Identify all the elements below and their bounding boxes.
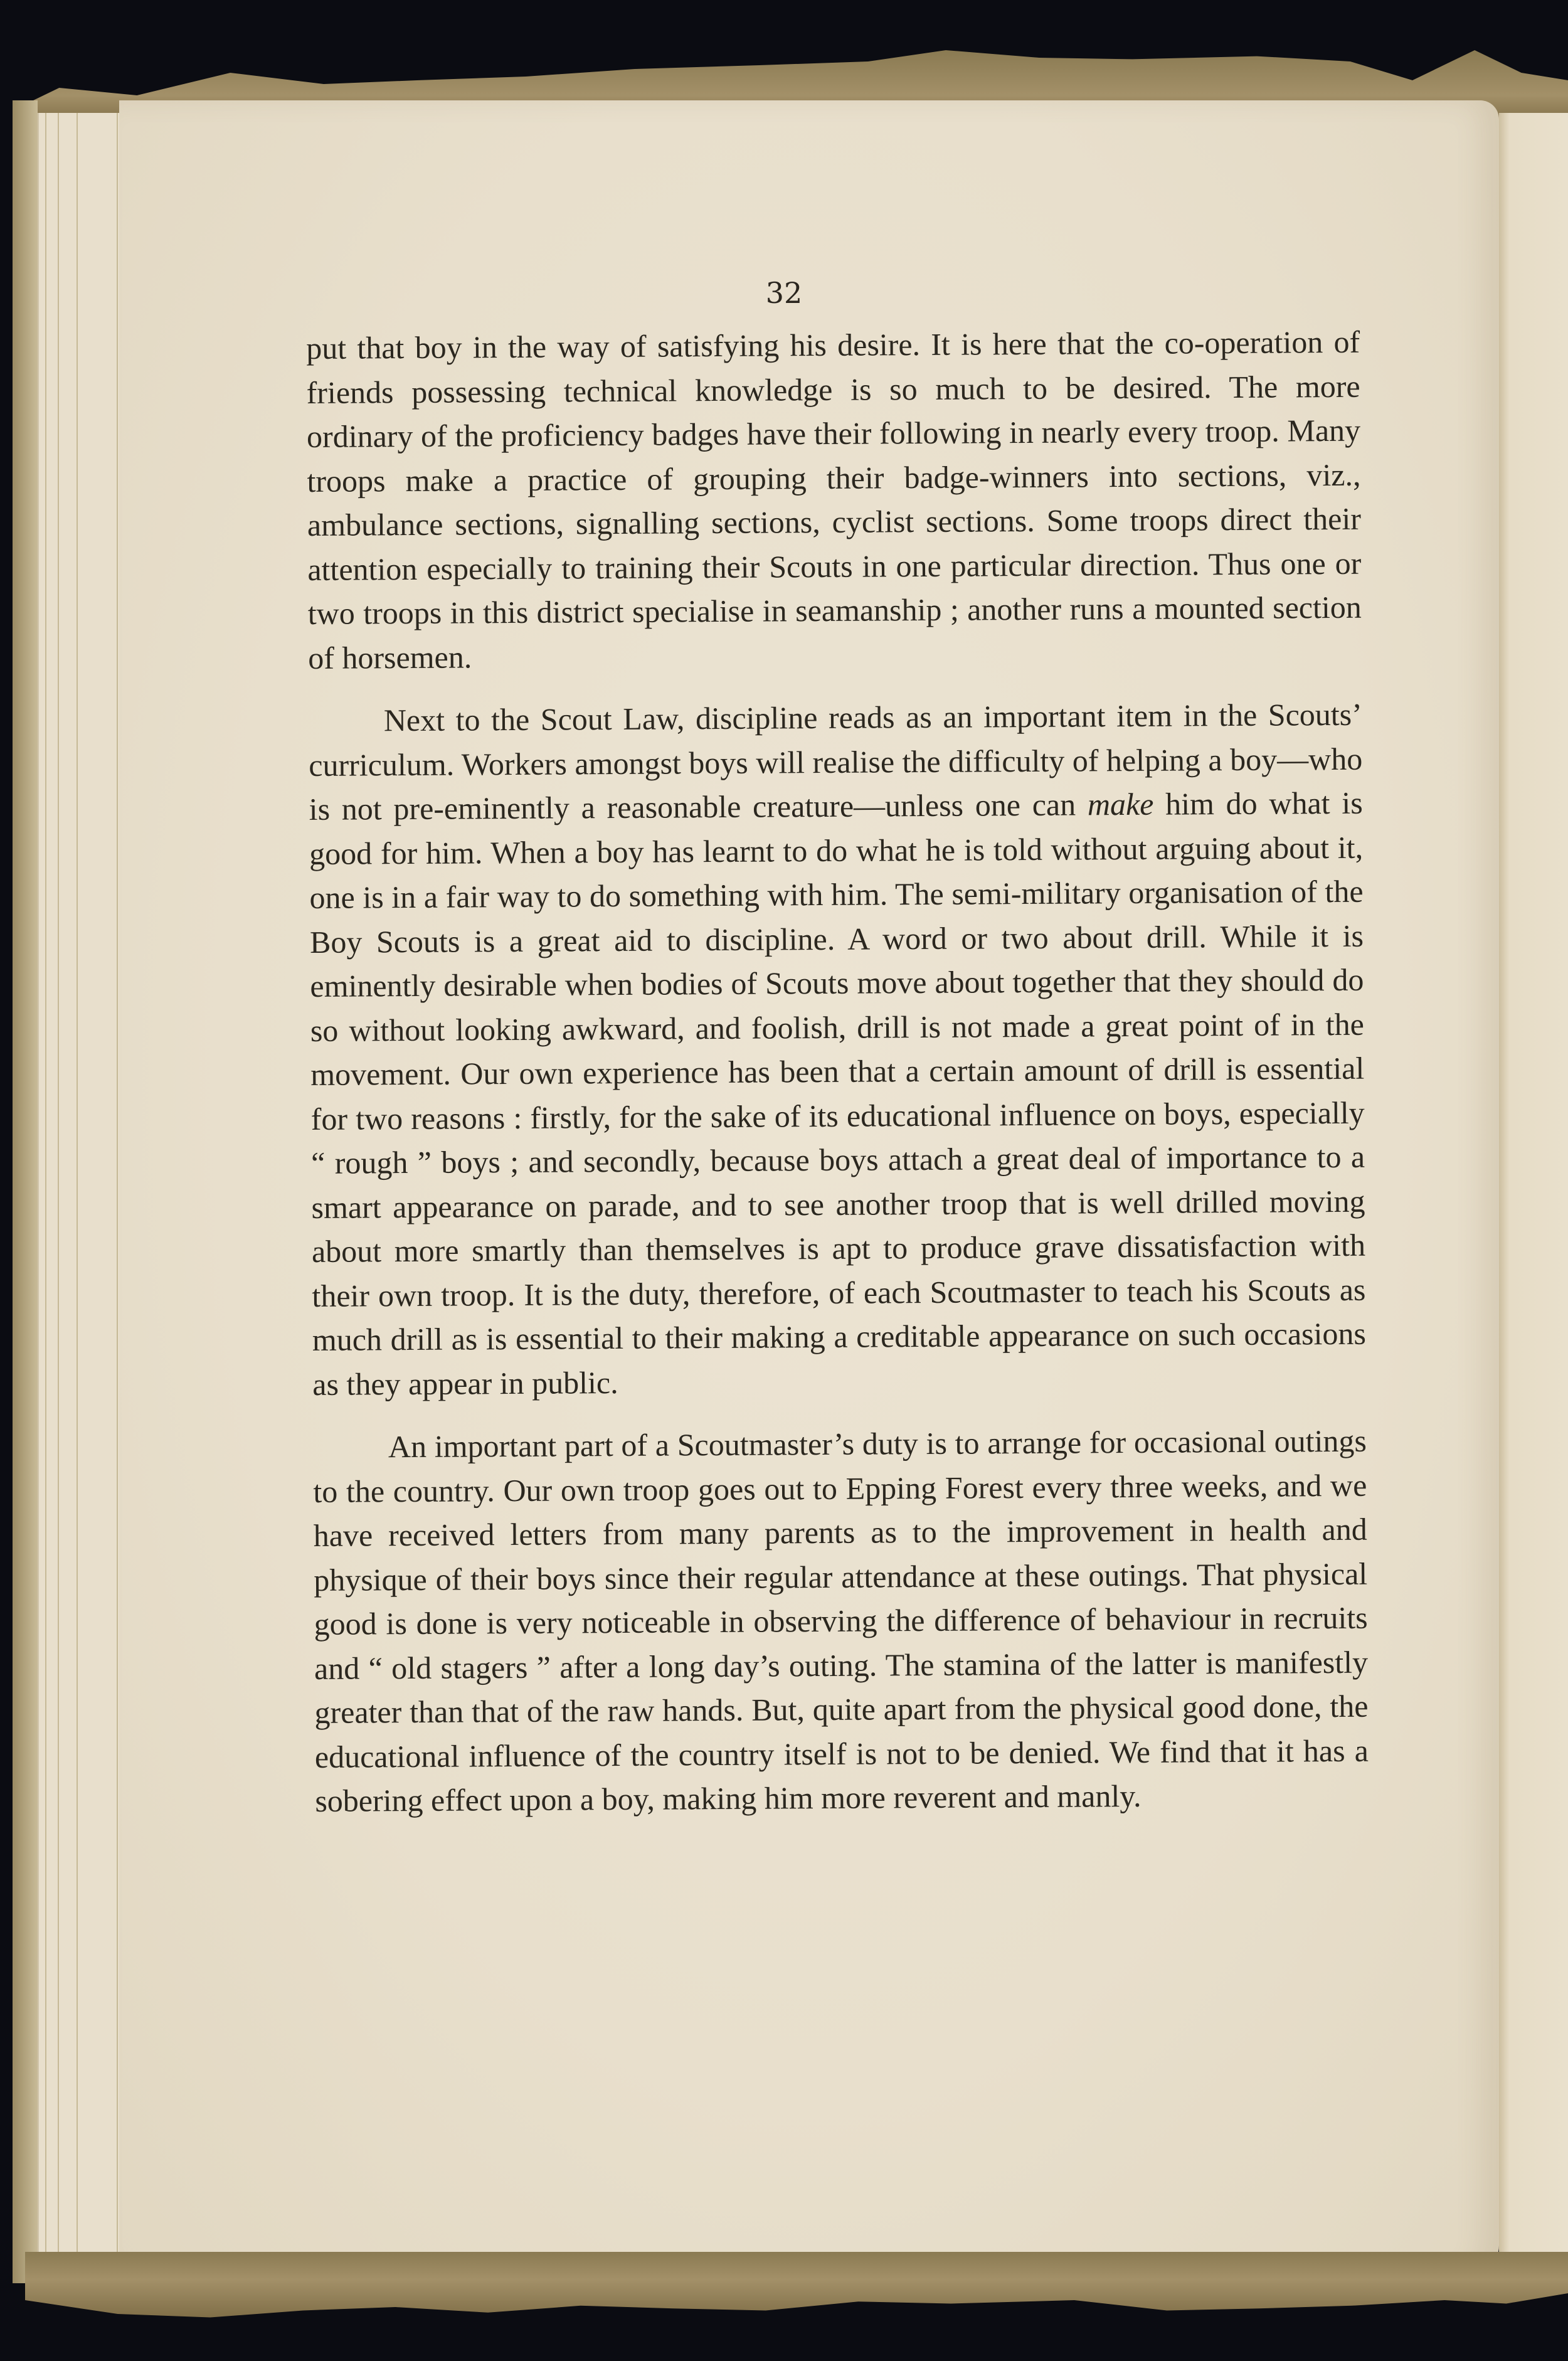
book-scan: 32 put that boy in the way of satisfying… [0,0,1568,2361]
page-stack-edges [38,113,120,2258]
next-page-sliver [1499,113,1568,2258]
page-number: 32 [0,276,1568,310]
paragraph-2: Next to the Scout Law, discipline reads … [309,692,1367,1406]
cover-spine-edge [13,100,38,2283]
page-edge-line [45,113,46,2258]
page-edge-line [77,113,78,2258]
page-edge-line [117,113,118,2258]
page-edge-line [58,113,59,2258]
cover-bottom-edge [25,2252,1568,2321]
page-body: put that boy in the way of satisfying hi… [306,320,1369,1842]
paragraph-3: An important part of a Scoutmaster’s dut… [313,1419,1369,1823]
paragraph-2-text-b: him do what is good for him. When a boy … [309,785,1366,1402]
paragraph-1: put that boy in the way of satisfying hi… [306,320,1362,680]
emphasis-make: make [1088,787,1154,822]
